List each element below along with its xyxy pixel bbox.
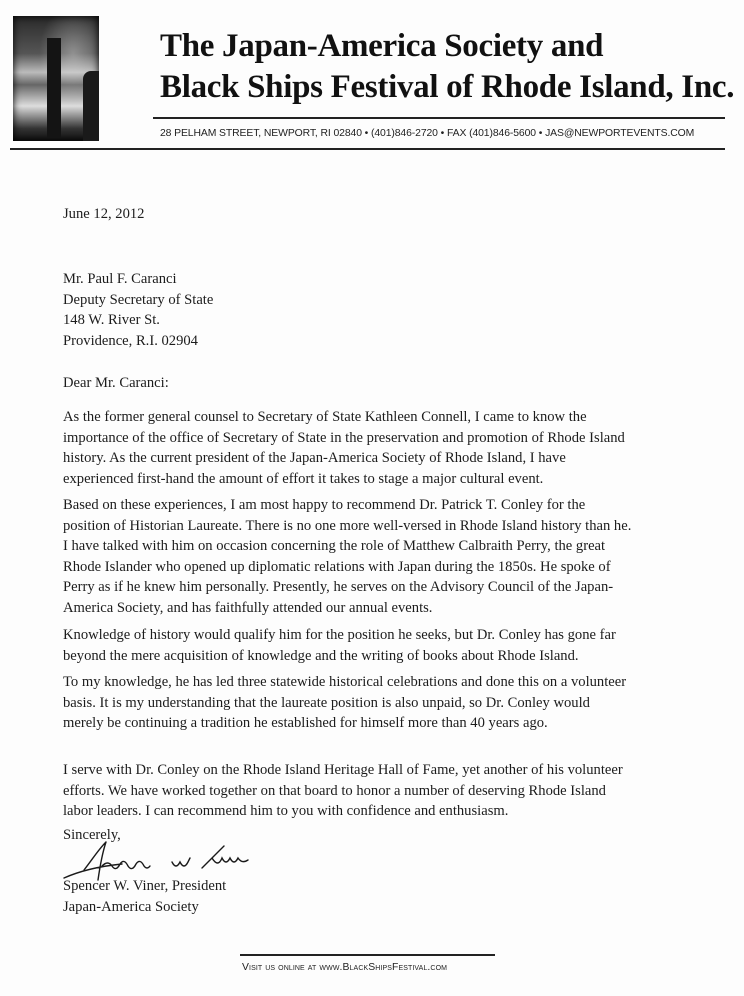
recipient-street: 148 W. River St. <box>63 310 213 331</box>
letter-date: June 12, 2012 <box>63 204 144 225</box>
title-line-2: Black Ships Festival of Rhode Island, In… <box>160 67 734 108</box>
footer-website: Visit us online at www.BlackShipsFestiva… <box>242 962 447 973</box>
paragraph-2: Based on these experiences, I am most ha… <box>63 495 733 619</box>
paragraph-line: merely be continuing a tradition he esta… <box>63 713 733 734</box>
footer-divider <box>240 954 495 956</box>
recipient-name: Mr. Paul F. Caranci <box>63 269 213 290</box>
recipient-title: Deputy Secretary of State <box>63 290 213 311</box>
paragraph-line: efforts. We have worked together on that… <box>63 781 733 802</box>
paragraph-line: basis. It is my understanding that the l… <box>63 693 733 714</box>
paragraph-3: Knowledge of history would qualify him f… <box>63 625 733 666</box>
contact-address: 28 PELHAM STREET, NEWPORT, RI 02840 • (4… <box>160 128 694 139</box>
title-line-1: The Japan-America Society and <box>160 26 734 67</box>
paragraph-line: Perry as if he knew him personally. Pres… <box>63 577 733 598</box>
paragraph-line: I serve with Dr. Conley on the Rhode Isl… <box>63 760 733 781</box>
paragraph-line: To my knowledge, he has led three statew… <box>63 672 733 693</box>
organization-title: The Japan-America Society and Black Ship… <box>160 26 734 108</box>
paragraph-line: experienced first-hand the amount of eff… <box>63 469 733 490</box>
paragraph-line: America Society, and has faithfully atte… <box>63 598 733 619</box>
paragraph-1: As the former general counsel to Secreta… <box>63 407 733 489</box>
paragraph-line: I have talked with him on occasion conce… <box>63 536 733 557</box>
header-divider-top <box>153 117 725 119</box>
signer-organization: Japan-America Society <box>63 897 226 918</box>
paragraph-4: To my knowledge, he has led three statew… <box>63 672 733 734</box>
recipient-block: Mr. Paul F. Caranci Deputy Secretary of … <box>63 269 213 351</box>
recipient-city: Providence, R.I. 02904 <box>63 331 213 352</box>
paragraph-line: As the former general counsel to Secreta… <box>63 407 733 428</box>
paragraph-line: beyond the mere acquisition of knowledge… <box>63 646 733 667</box>
paragraph-line: Rhode Islander who opened up diplomatic … <box>63 557 733 578</box>
paragraph-line: Based on these experiences, I am most ha… <box>63 495 733 516</box>
header-divider-bottom <box>10 148 725 150</box>
paragraph-line: position of Historian Laureate. There is… <box>63 516 733 537</box>
paragraph-line: Knowledge of history would qualify him f… <box>63 625 733 646</box>
signer-block: Spencer W. Viner, President Japan-Americ… <box>63 876 226 917</box>
paragraph-line: history. As the current president of the… <box>63 448 733 469</box>
paragraph-line: importance of the office of Secretary of… <box>63 428 733 449</box>
paragraph-5: I serve with Dr. Conley on the Rhode Isl… <box>63 760 733 822</box>
paragraph-line: labor leaders. I can recommend him to yo… <box>63 801 733 822</box>
signer-name: Spencer W. Viner, President <box>63 876 226 897</box>
letterhead-photo <box>13 16 99 141</box>
salutation: Dear Mr. Caranci: <box>63 373 169 394</box>
